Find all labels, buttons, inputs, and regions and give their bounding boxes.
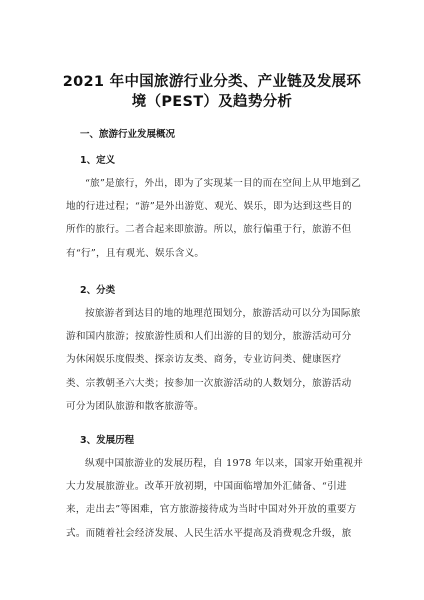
paragraph-line: 式。而随着社会经济发展、人民生活水平提高及消费观念升级，旅: [66, 522, 362, 545]
paragraph-line: 纵观中国旅游业的发展历程，自 1978 年以来，国家开始重视并: [66, 452, 362, 475]
paragraph-history: 纵观中国旅游业的发展历程，自 1978 年以来，国家开始重视并 大力发展旅游业。…: [66, 452, 362, 545]
document-page: 2021 年中国旅游行业分类、产业链及发展环 境（PEST）及趋势分析 一、旅游…: [0, 0, 424, 600]
section-heading-overview: 一、旅游行业发展概况: [80, 126, 175, 140]
paragraph-line: 地的行进过程；“游”是外出游览、观光、娱乐，即为达到这些目的: [66, 195, 362, 218]
paragraph-line: “旅”是旅行，外出，即为了实现某一目的而在空间上从甲地到乙: [66, 172, 362, 195]
paragraph-line: 按旅游者到达目的地的地理范围划分，旅游活动可以分为国际旅: [66, 302, 362, 325]
title-line-1: 2021 年中国旅游行业分类、产业链及发展环: [40, 72, 384, 92]
paragraph-line: 类、宗教朝圣六大类；按参加一次旅游活动的人数划分，旅游活动: [66, 372, 362, 395]
document-title: 2021 年中国旅游行业分类、产业链及发展环 境（PEST）及趋势分析: [40, 72, 384, 112]
paragraph-line: 大力发展旅游业。改革开放初期，中国面临增加外汇储备、“引进: [66, 475, 362, 498]
paragraph-line: 游和国内旅游；按旅游性质和人们出游的目的划分，旅游活动可分: [66, 325, 362, 348]
title-line-2: 境（PEST）及趋势分析: [40, 92, 384, 112]
subsection-heading-definition: 1、定义: [80, 152, 115, 166]
paragraph-line: 所作的旅行。二者合起来即旅游。所以，旅行偏重于行，旅游不但: [66, 218, 362, 241]
paragraph-line: 有“行”，且有观光、娱乐含义。: [66, 242, 362, 265]
paragraph-classification: 按旅游者到达目的地的地理范围划分，旅游活动可以分为国际旅 游和国内旅游；按旅游性…: [66, 302, 362, 418]
paragraph-line: 可分为团队旅游和散客旅游等。: [66, 395, 362, 418]
paragraph-definition: “旅”是旅行，外出，即为了实现某一目的而在空间上从甲地到乙 地的行进过程；“游”…: [66, 172, 362, 265]
paragraph-line: 为休闲娱乐度假类、探亲访友类、商务，专业访问类、健康医疗: [66, 348, 362, 371]
subsection-heading-classification: 2、分类: [80, 282, 115, 296]
subsection-heading-history: 3、发展历程: [80, 432, 134, 446]
paragraph-line: 来，走出去”等困难，官方旅游接待成为当时中国对外开放的重要方: [66, 498, 362, 521]
